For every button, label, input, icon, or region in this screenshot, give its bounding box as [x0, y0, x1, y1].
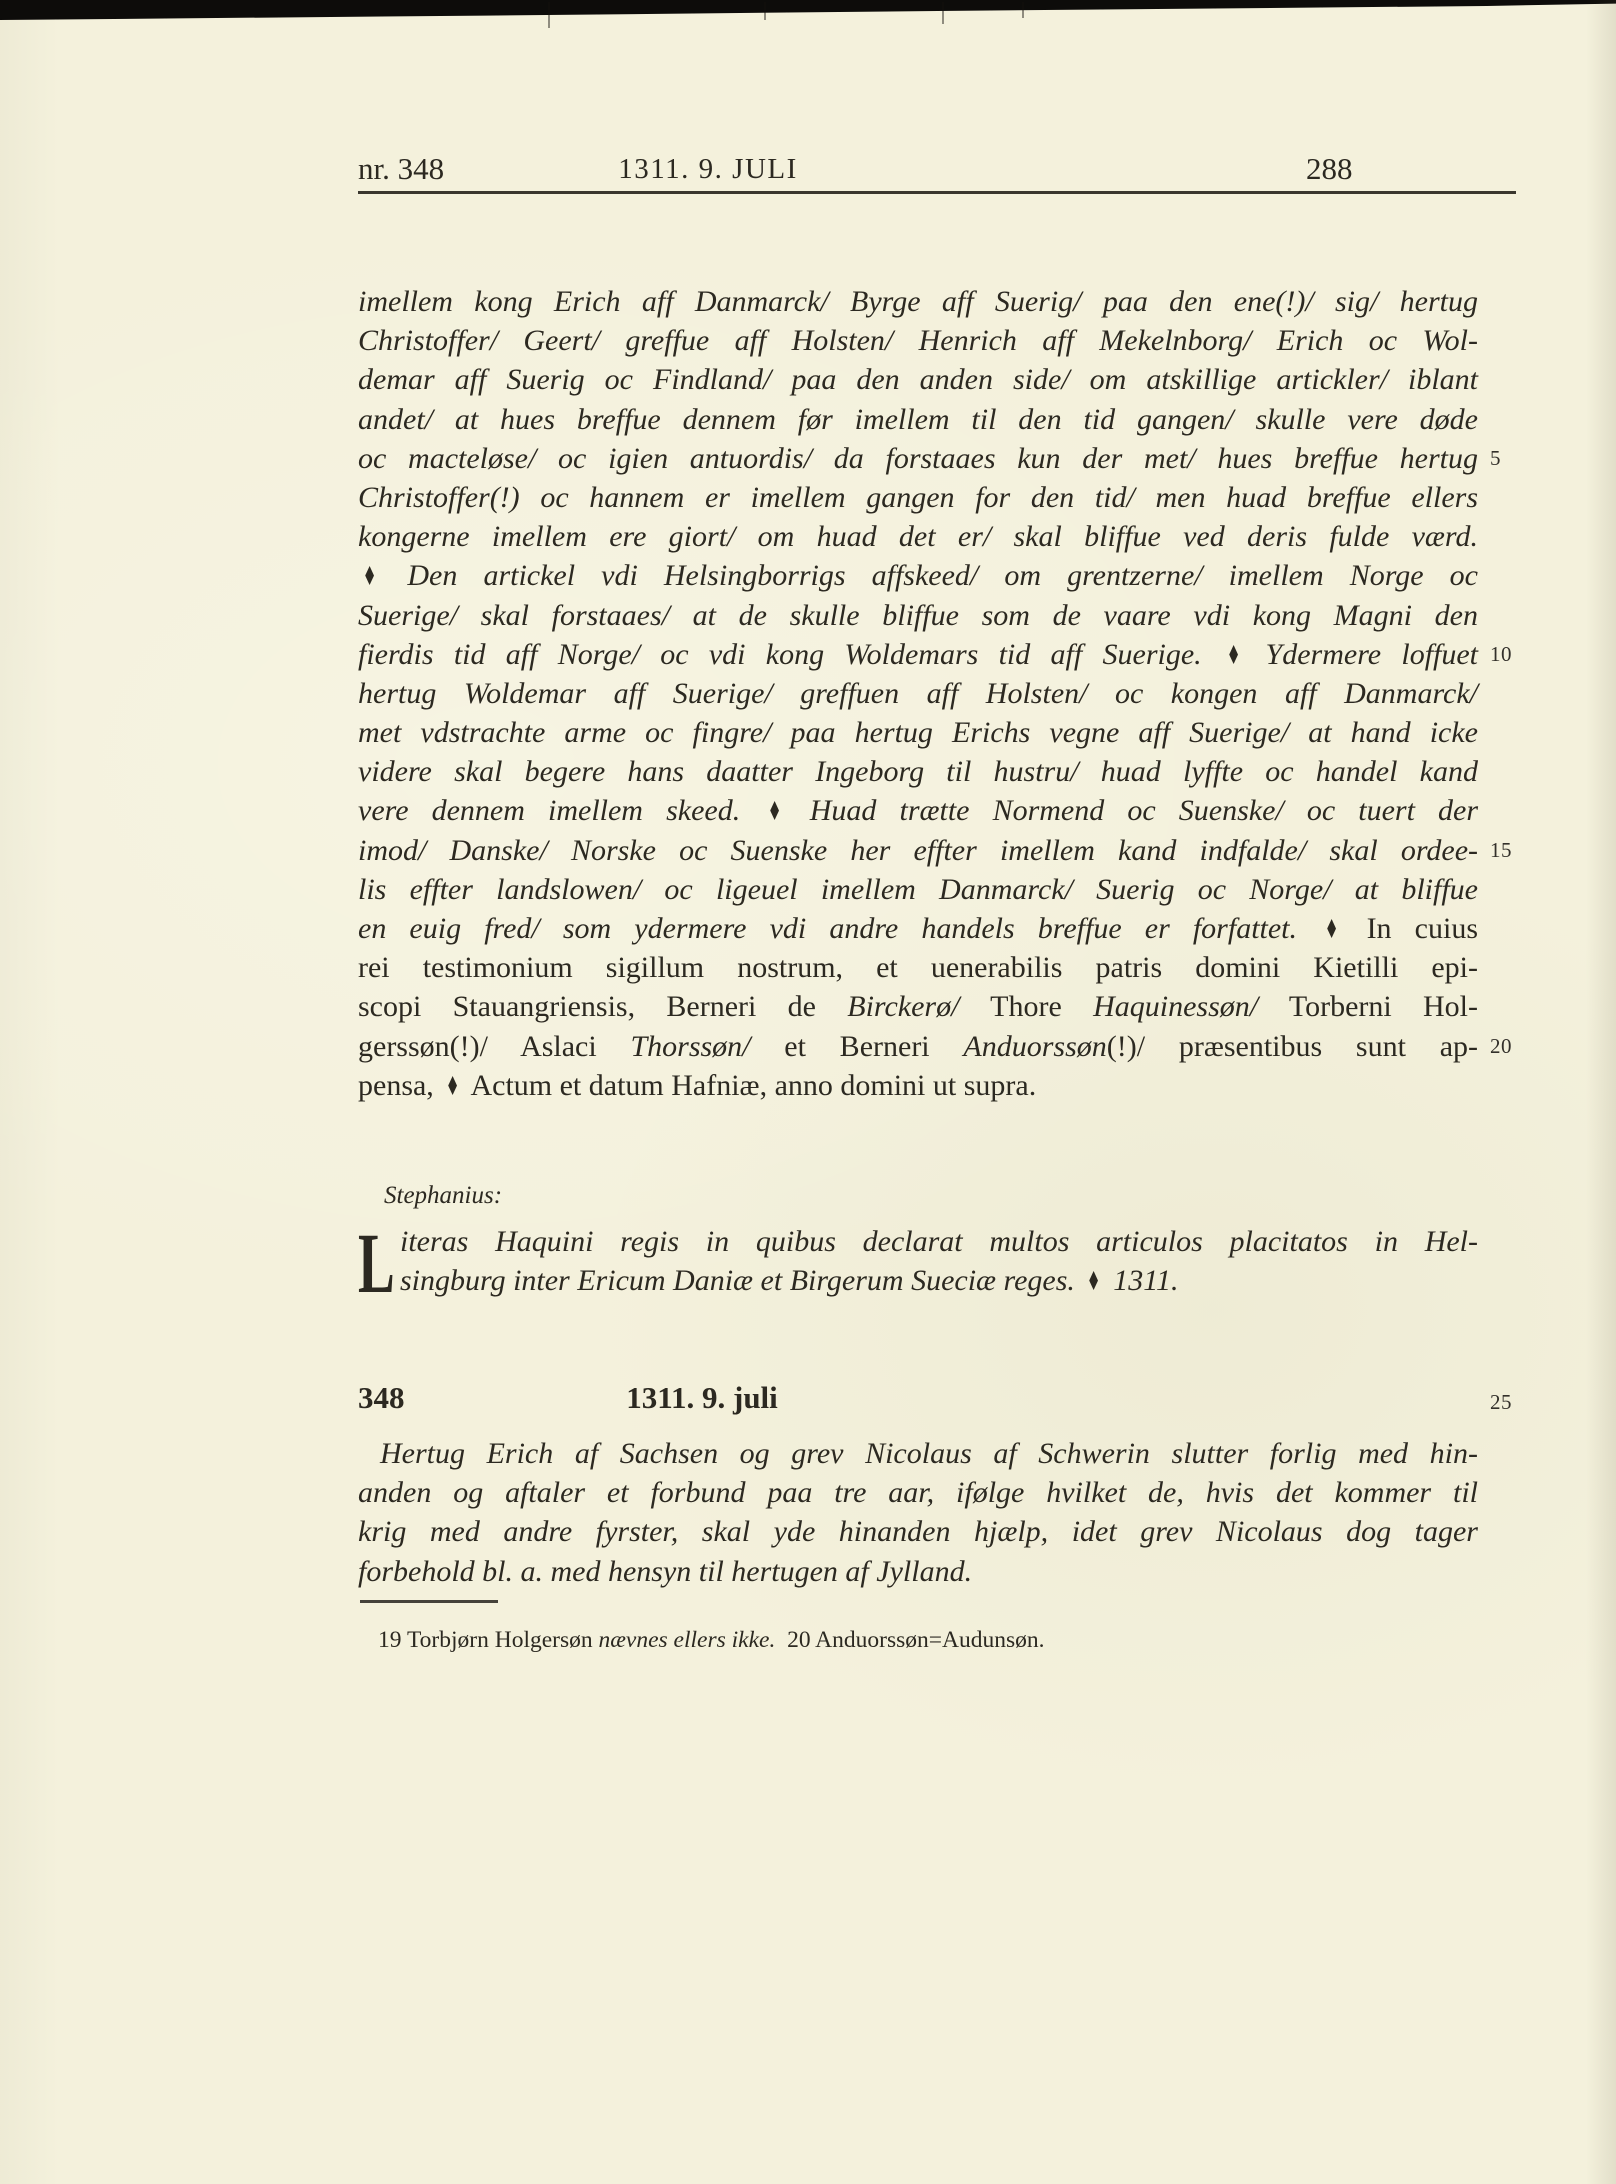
diamond-separator-icon: ♦: [363, 558, 377, 597]
running-header: nr. 348 1311. 9. JULI 288: [358, 148, 1478, 190]
text-segment: Hertug Erich af Sachsen og grev Nicolaus…: [380, 1437, 1478, 1470]
text-segment: Christoffer(!) oc hannem er imellem gang…: [358, 481, 1478, 514]
stephanius-lines: iteras Haquini regis in quibus declarat …: [358, 1222, 1478, 1300]
text-line: scopi Stauangriensis, Berneri de Bircker…: [358, 987, 1478, 1026]
diamond-separator-icon: ♦: [1325, 911, 1339, 950]
diamond-separator-icon: ♦: [1087, 1263, 1101, 1302]
text-line: ♦ Den artickel vdi Helsingborrigs affske…: [358, 556, 1478, 595]
text-segment: imod/ Danske/ Norske oc Suenske her efft…: [358, 834, 1478, 867]
text-line: imod/ Danske/ Norske oc Suenske her efft…: [358, 831, 1478, 870]
text-line: lis effter landslowen/ oc ligeuel imelle…: [358, 870, 1478, 909]
margin-line-number: 20: [1490, 1027, 1512, 1066]
footnote-block: 19 Torbjørn Holgersøn nævnes ellers ikke…: [358, 1624, 1478, 1656]
text-segment: Torberni Hol-: [1258, 990, 1478, 1023]
text-segment: fierdis tid aff Norge/ oc vdi kong Wolde…: [358, 638, 1222, 671]
text-segment: (!)/ præsentibus sunt ap-: [1107, 1030, 1478, 1063]
entry2-heading: 348 1311. 9. juli 25: [358, 1376, 1478, 1420]
text-line: fierdis tid aff Norge/ oc vdi kong Wolde…: [358, 635, 1478, 674]
text-segment: singburg inter Ericum Daniæ et Birgerum …: [400, 1264, 1082, 1297]
text-line: hertug Woldemar aff Suerige/ greffuen af…: [358, 674, 1478, 713]
text-segment: 1311.: [1106, 1264, 1179, 1297]
text-segment: 19 Torbjørn Holgersøn: [378, 1627, 599, 1653]
text-segment: Haquinessøn/: [1093, 990, 1258, 1023]
diamond-separator-icon: ♦: [446, 1068, 460, 1107]
scan-artifact-streak: [548, 2, 550, 28]
text-segment: gerssøn(!)/ Aslaci: [358, 1030, 630, 1063]
entry2-date: 1311. 9. juli: [502, 1376, 902, 1420]
page-number: 288: [1306, 148, 1353, 190]
text-line: demar aff Suerig oc Findland/ paa den an…: [358, 360, 1478, 399]
text-line: singburg inter Ericum Daniæ et Birgerum …: [358, 1261, 1478, 1300]
diamond-separator-icon: ♦: [768, 793, 782, 832]
scan-artifact-top-edge: [0, 0, 1616, 20]
text-segment: kongerne imellem ere giort/ om huad det …: [358, 520, 1478, 553]
text-segment: met vdstrachte arme oc fingre/ paa hertu…: [358, 716, 1478, 749]
text-line: kongerne imellem ere giort/ om huad det …: [358, 517, 1478, 556]
entry1-text-block: imellem kong Erich aff Danmarck/ Byrge a…: [358, 282, 1478, 1105]
scanned-book-page: nr. 348 1311. 9. JULI 288 imellem kong E…: [0, 0, 1616, 2184]
entry2-number: 348: [358, 1376, 405, 1420]
text-segment: rei testimonium sigillum nostrum, et uen…: [358, 951, 1478, 984]
text-segment: krig med andre fyrster, skal yde hinande…: [358, 1515, 1478, 1548]
text-line: andet/ at hues breffue dennem før imelle…: [358, 400, 1478, 439]
text-line: en euig fred/ som ydermere vdi andre han…: [358, 909, 1478, 948]
margin-line-number: 5: [1490, 439, 1501, 478]
margin-line-number: 25: [1490, 1380, 1512, 1424]
entry2-text-block: Hertug Erich af Sachsen og grev Nicolaus…: [358, 1434, 1478, 1591]
text-line: Christoffer(!) oc hannem er imellem gang…: [358, 478, 1478, 517]
text-segment: oc macteløse/ oc igien antuordis/ da for…: [358, 442, 1478, 475]
text-line: gerssøn(!)/ Aslaci Thorssøn/ et Berneri …: [358, 1027, 1478, 1066]
text-segment: demar aff Suerig oc Findland/ paa den an…: [358, 363, 1478, 396]
text-line: Suerige/ skal forstaaes/ at de skulle bl…: [358, 596, 1478, 635]
running-date: 1311. 9. JULI: [508, 148, 908, 190]
scan-artifact-streak: [942, 2, 944, 24]
text-segment: Ydermere loffuet: [1245, 638, 1478, 671]
text-line: iteras Haquini regis in quibus declarat …: [358, 1222, 1478, 1261]
header-rule: [358, 191, 1516, 194]
text-line: forbehold bl. a. med hensyn til hertugen…: [358, 1552, 1478, 1591]
text-line: krig med andre fyrster, skal yde hinande…: [358, 1512, 1478, 1551]
text-segment: anden og aftaler et forbund paa tre aar,…: [358, 1476, 1478, 1509]
text-line: imellem kong Erich aff Danmarck/ Byrge a…: [358, 282, 1478, 321]
text-segment: nævnes ellers ikke.: [599, 1627, 776, 1653]
text-segment: pensa,: [358, 1069, 441, 1102]
text-segment: Anduorssøn: [963, 1030, 1106, 1063]
text-segment: Thore: [959, 990, 1093, 1023]
stephanius-label: Stephanius:: [384, 1180, 502, 1212]
text-line: vere dennem imellem skeed. ♦ Huad trætte…: [358, 791, 1478, 830]
text-segment: Suerige/ skal forstaaes/ at de skulle bl…: [358, 599, 1478, 632]
text-line: videre skal begere hans daatter Ingeborg…: [358, 752, 1478, 791]
text-segment: Thorssøn/: [630, 1030, 750, 1063]
text-segment: Birckerø/: [847, 990, 959, 1023]
text-line: anden og aftaler et forbund paa tre aar,…: [358, 1473, 1478, 1512]
stephanius-paragraph: L iteras Haquini regis in quibus declara…: [358, 1222, 1478, 1300]
text-line: Christoffer/ Geert/ greffue aff Holsten/…: [358, 321, 1478, 360]
text-segment: videre skal begere hans daatter Ingeborg…: [358, 755, 1478, 788]
text-line: Hertug Erich af Sachsen og grev Nicolaus…: [358, 1434, 1478, 1473]
scan-artifact-streak: [764, 2, 766, 20]
text-segment: andet/ at hues breffue dennem før imelle…: [358, 403, 1478, 436]
diamond-separator-icon: ♦: [1227, 637, 1241, 676]
text-line: met vdstrachte arme oc fingre/ paa hertu…: [358, 713, 1478, 752]
text-line: oc macteløse/ oc igien antuordis/ da for…: [358, 439, 1478, 478]
margin-line-number: 10: [1490, 635, 1512, 674]
text-segment: et Berneri: [751, 1030, 964, 1063]
text-line: 19 Torbjørn Holgersøn nævnes ellers ikke…: [358, 1624, 1478, 1656]
text-segment: 20 Anduorssøn=Audunsøn.: [775, 1627, 1044, 1653]
text-line: pensa, ♦ Actum et datum Hafniæ, anno dom…: [358, 1066, 1478, 1105]
text-segment: scopi Stauangriensis, Berneri de: [358, 990, 847, 1023]
text-segment: forbehold bl. a. med hensyn til hertugen…: [358, 1555, 972, 1588]
text-segment: Actum et datum Hafniæ, anno domini ut su…: [465, 1069, 1037, 1102]
text-segment: vere dennem imellem skeed.: [358, 794, 763, 827]
text-segment: In cuius: [1343, 912, 1478, 945]
text-segment: en euig fred/ som ydermere vdi andre han…: [358, 912, 1320, 945]
text-segment: hertug Woldemar aff Suerige/ greffuen af…: [358, 677, 1478, 710]
text-segment: Christoffer/ Geert/ greffue aff Holsten/…: [358, 324, 1478, 357]
text-segment: Den artickel vdi Helsingborrigs affskeed…: [381, 559, 1478, 592]
text-segment: lis effter landslowen/ oc ligeuel imelle…: [358, 873, 1478, 906]
text-line: rei testimonium sigillum nostrum, et uen…: [358, 948, 1478, 987]
running-entry-number: nr. 348: [358, 148, 444, 190]
footnote-rule: [360, 1600, 498, 1603]
text-segment: Huad trætte Normend oc Suenske/ oc tuert…: [787, 794, 1478, 827]
text-segment: imellem kong Erich aff Danmarck/ Byrge a…: [358, 285, 1478, 318]
scan-artifact-streak: [1022, 2, 1024, 18]
text-segment: iteras Haquini regis in quibus declarat …: [400, 1225, 1478, 1258]
margin-line-number: 15: [1490, 831, 1512, 870]
